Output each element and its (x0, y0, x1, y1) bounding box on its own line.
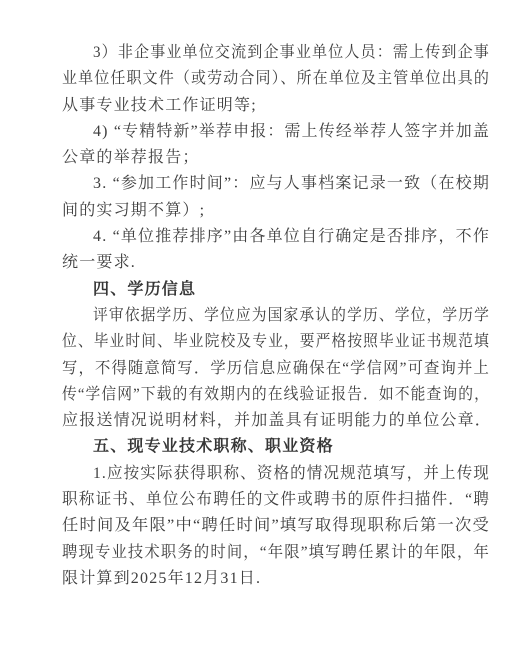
document-line-text: 聘现专业技术职务的时间，“年限”填写聘任累计的年限，年 (62, 540, 490, 566)
document-line: 3）非企事业单位交流到企事业单位人员：需上传到企事 (62, 40, 490, 66)
document-line: 限计算到2025年12月31日. (62, 566, 490, 592)
document-line-text: 3. “参加工作时间”：应与人事档案记录一致（在校期 (93, 171, 490, 197)
document-line: 4. “单位推荐排序”由各单位自行确定是否排序，不作 (62, 224, 490, 250)
document-line: 3. “参加工作时间”：应与人事档案记录一致（在校期 (62, 171, 490, 197)
document-line-text: 应报送情况说明材料，并加盖具有证明能力的单位公章． (62, 408, 492, 434)
document-line-text: 公章的举荐报告； (62, 145, 200, 171)
document-line: 公章的举荐报告； (62, 145, 490, 171)
document-line-text: 写，不得随意简写．学历信息应确保在“学信网”可查询并上 (62, 356, 490, 382)
document-line: 聘现专业技术职务的时间，“年限”填写聘任累计的年限，年 (62, 540, 490, 566)
document-line-text: 间的实习期不算）; (62, 198, 205, 224)
document-line: 职称证书、单位公布聘任的文件或聘书的原件扫描件．“聘 (62, 487, 490, 513)
document-line-text: 限计算到2025年12月31日. (62, 566, 261, 592)
document-line: 4) “专精特新”举荐申报：需上传经举荐人签字并加盖 (62, 119, 490, 145)
document-line: 统一要求. (62, 250, 490, 276)
document-line-text: 4. “单位推荐排序”由各单位自行确定是否排序，不作 (93, 224, 490, 250)
document-line: 间的实习期不算）; (62, 198, 490, 224)
document-line: 传“学信网”下载的有效期内的在线验证报告．如不能查询的， (62, 382, 490, 408)
document-line: 业单位任职文件（或劳动合同）、所在单位及主管单位出具的 (62, 66, 490, 92)
document-line-text: 五、现专业技术职称、职业资格 (93, 434, 334, 460)
document-body: 3）非企事业单位交流到企事业单位人员：需上传到企事业单位任职文件（或劳动合同）、… (62, 40, 490, 592)
document-line: 从事专业技术工作证明等; (62, 93, 490, 119)
document-line: 应报送情况说明材料，并加盖具有证明能力的单位公章． (62, 408, 490, 434)
document-line-text: 位、毕业时间、毕业院校及专业，要严格按照毕业证书规范填 (62, 329, 490, 355)
document-line: 写，不得随意简写．学历信息应确保在“学信网”可查询并上 (62, 356, 490, 382)
document-line: 位、毕业时间、毕业院校及专业，要严格按照毕业证书规范填 (62, 329, 490, 355)
document-line-text: 职称证书、单位公布聘任的文件或聘书的原件扫描件．“聘 (62, 487, 490, 513)
document-line-text: 任时间及年限”中“聘任时间”填写取得现职称后第一次受 (62, 513, 490, 539)
document-line: 任时间及年限”中“聘任时间”填写取得现职称后第一次受 (62, 513, 490, 539)
document-line-text: 从事专业技术工作证明等; (62, 93, 257, 119)
section-heading: 五、现专业技术职称、职业资格 (62, 434, 490, 460)
document-line-text: 传“学信网”下载的有效期内的在线验证报告．如不能查询的， (62, 382, 490, 408)
document-line-text: 四、学历信息 (93, 277, 196, 303)
document-line: 评审依据学历、学位应为国家承认的学历、学位，学历学 (62, 303, 490, 329)
document-line: 1.应按实际获得职称、资格的情况规范填写，并上传现 (62, 461, 490, 487)
document-line-text: 1.应按实际获得职称、资格的情况规范填写，并上传现 (93, 461, 490, 487)
document-line-text: 3）非企事业单位交流到企事业单位人员：需上传到企事 (93, 40, 490, 66)
document-line-text: 4) “专精特新”举荐申报：需上传经举荐人签字并加盖 (93, 119, 490, 145)
document-line-text: 统一要求. (62, 250, 136, 276)
document-page: 3）非企事业单位交流到企事业单位人员：需上传到企事业单位任职文件（或劳动合同）、… (0, 0, 530, 659)
document-line-text: 评审依据学历、学位应为国家承认的学历、学位，学历学 (93, 303, 490, 329)
document-line-text: 业单位任职文件（或劳动合同）、所在单位及主管单位出具的 (62, 66, 490, 92)
section-heading: 四、学历信息 (62, 277, 490, 303)
